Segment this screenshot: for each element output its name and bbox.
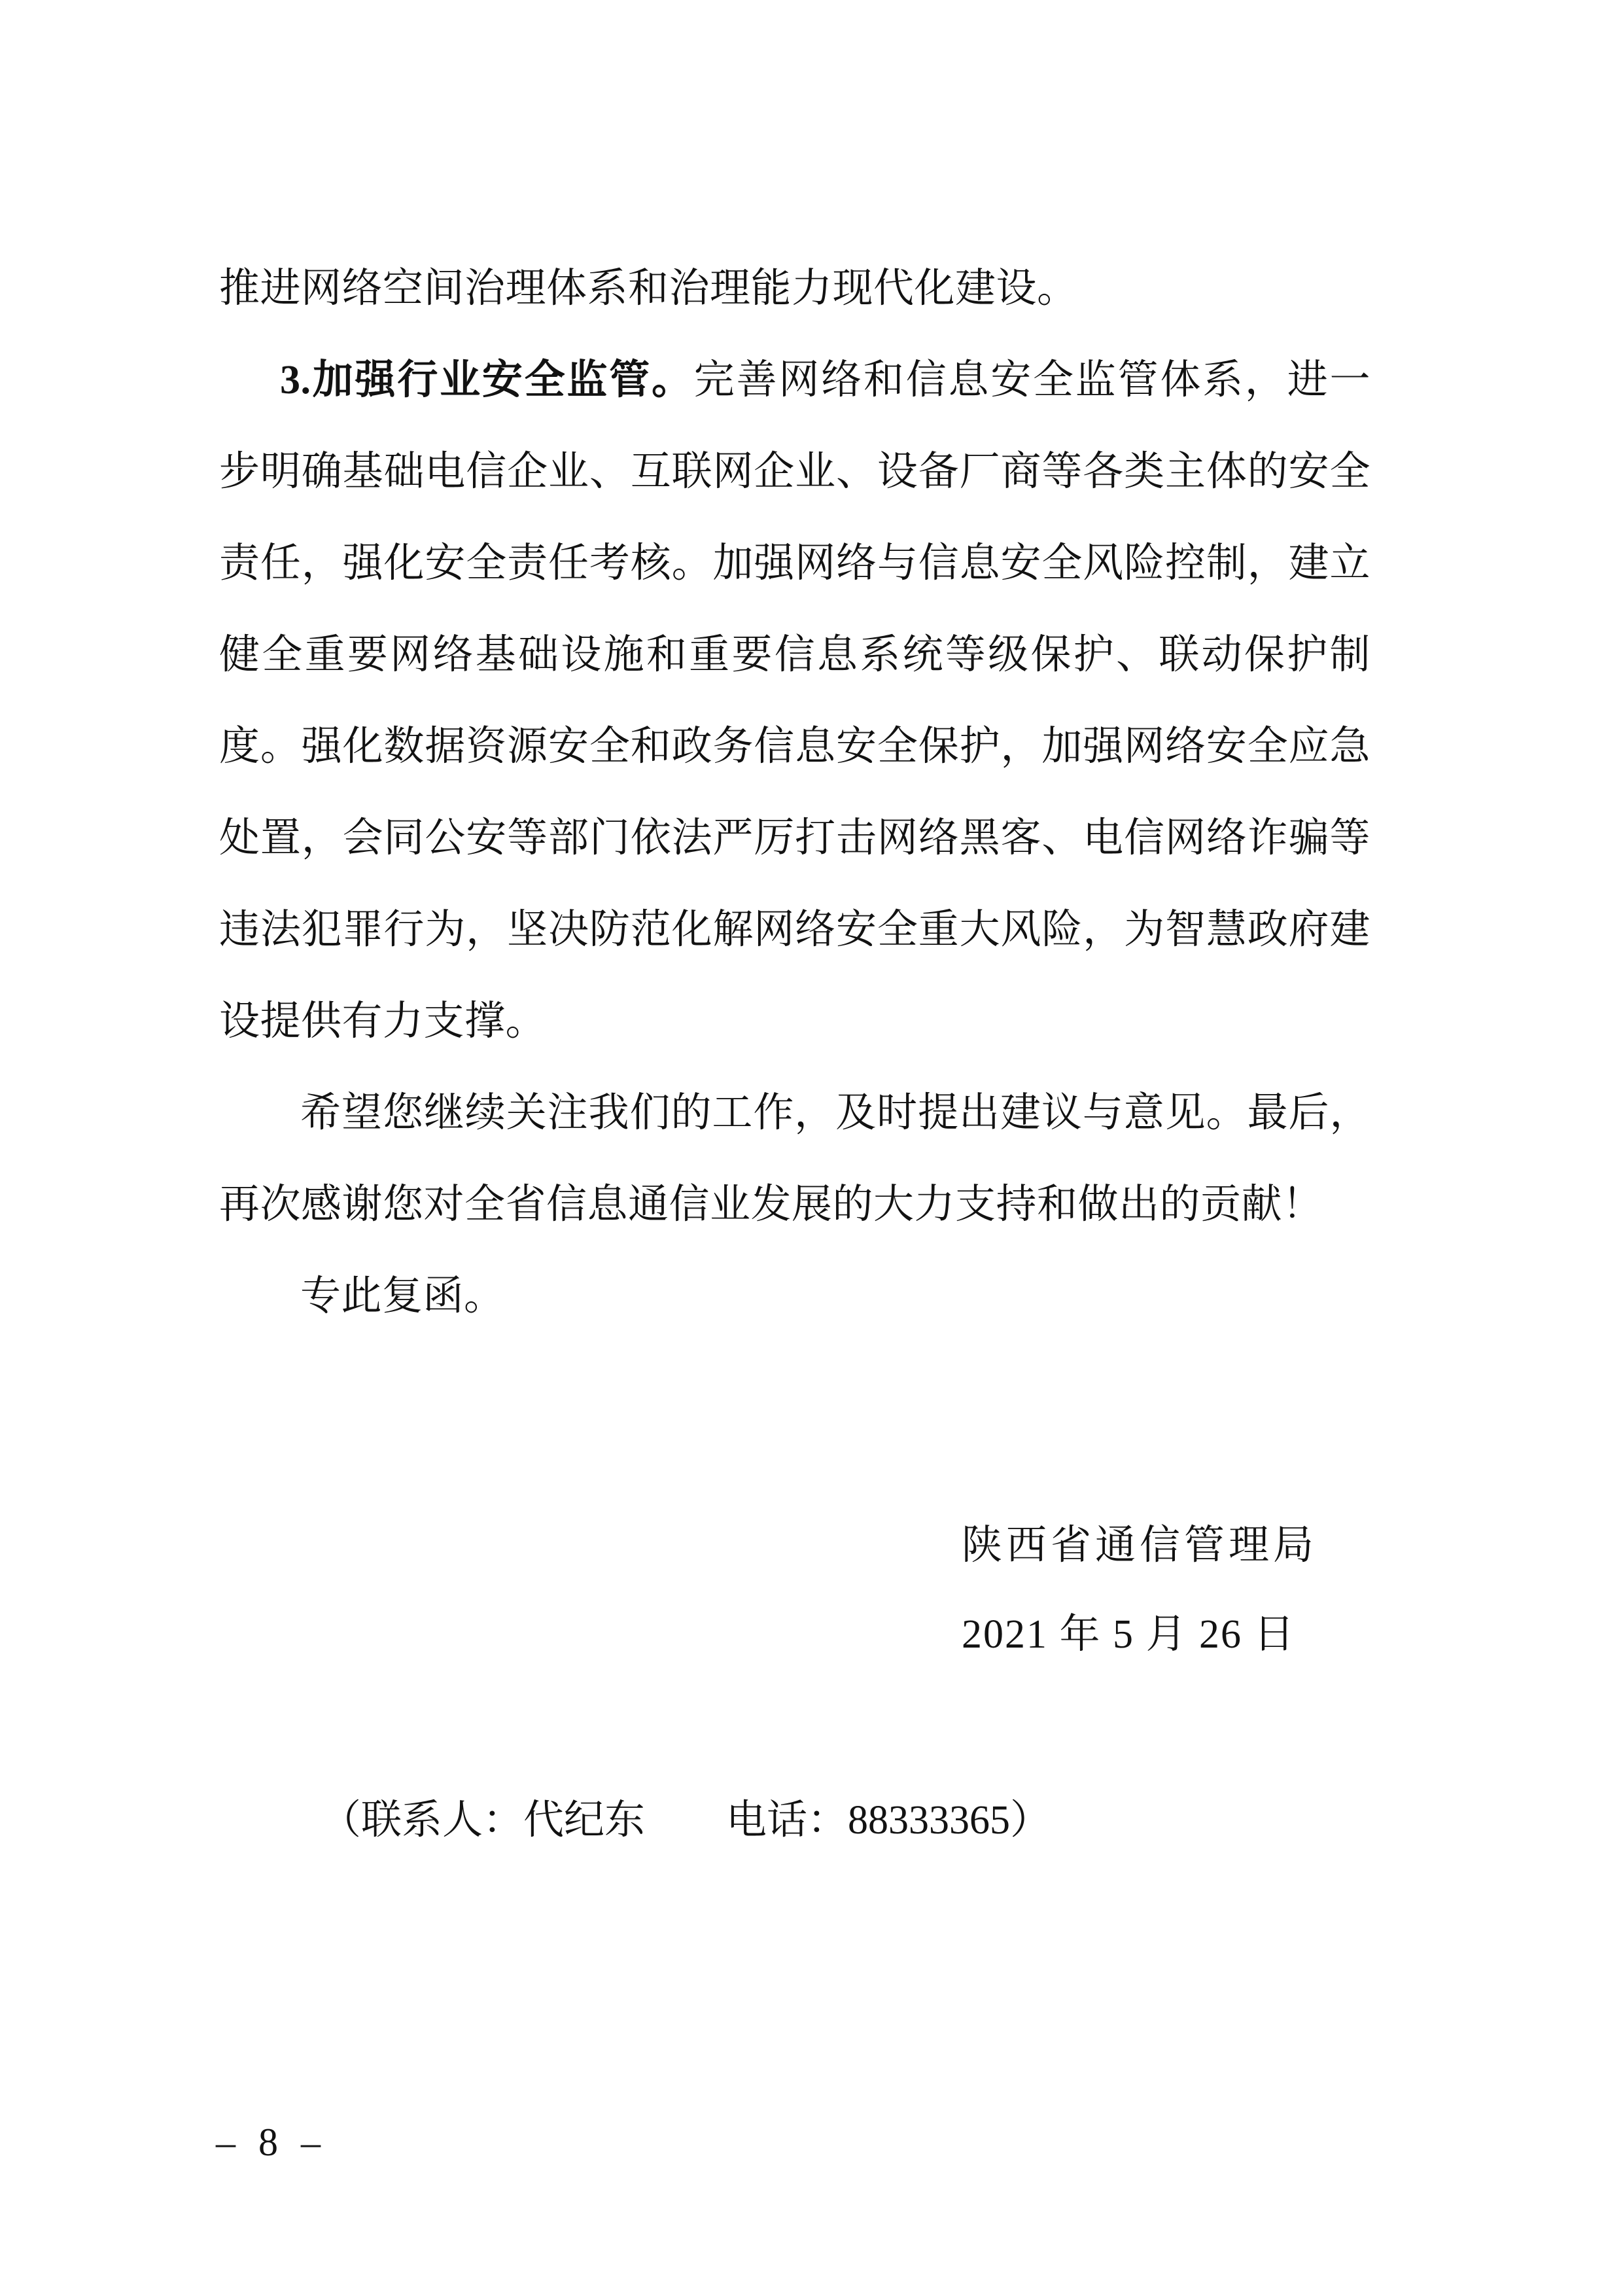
paragraph-continuation: 推进网络空间治理体系和治理能力现代化建设。 (219, 243, 1370, 334)
document-page: 推进网络空间治理体系和治理能力现代化建设。 3.加强行业安全监管。完善网络和信息… (0, 0, 1623, 2296)
section3-text: 完善网络和信息安全监管体系，进一步明确基础电信企业、互联网企业、设备厂商等各类主… (219, 358, 1370, 1044)
paragraph-closing-remarks: 希望您继续关注我们的工作，及时提出建议与意见。最后，再次感谢您对全省信息通信业发… (219, 1067, 1370, 1250)
contact-info: （联系人：代纪东 电话：88333365） (321, 1794, 1051, 1846)
section3-heading: 3.加强行业安全监管。 (280, 358, 694, 402)
paragraph-closing-formula: 专此复函。 (219, 1250, 1370, 1342)
paragraph-section3: 3.加强行业安全监管。完善网络和信息安全监管体系，进一步明确基础电信企业、互联网… (219, 334, 1370, 1067)
letter-body: 推进网络空间治理体系和治理能力现代化建设。 3.加强行业安全监管。完善网络和信息… (219, 243, 1370, 1342)
signature-date: 2021 年 5 月 26 日 (962, 1608, 1296, 1661)
signature-organization: 陕西省通信管理局 (962, 1519, 1318, 1572)
page-number: – 8 – (216, 2118, 327, 2166)
